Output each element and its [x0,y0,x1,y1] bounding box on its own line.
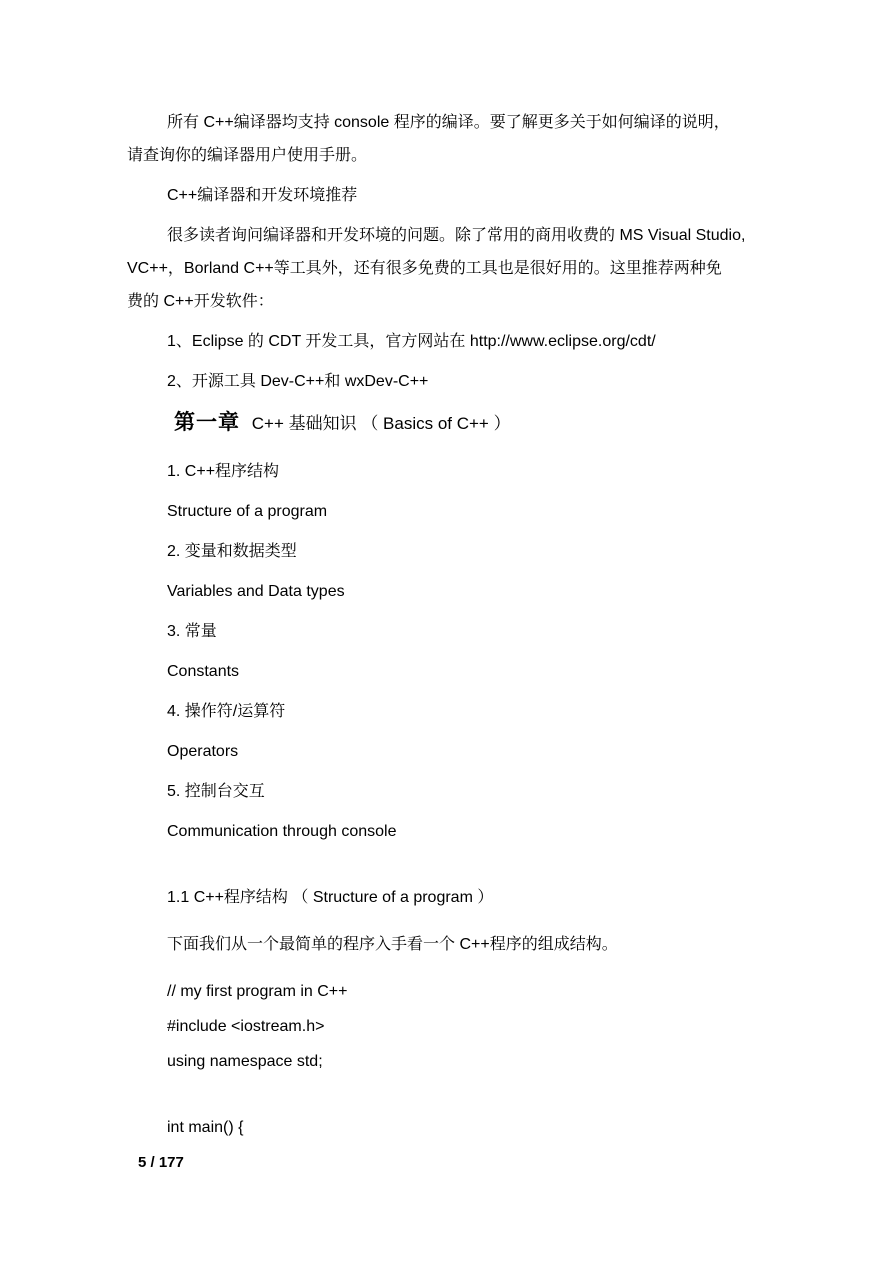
section-title: C++编译器和开发环境推荐 [167,179,767,212]
code-line: int main() { [167,1111,767,1144]
toc-item: 3. 常量 [167,615,767,648]
toc-item: 5. 控制台交互 [167,775,767,808]
code-line: #include <iostream.h> [167,1010,767,1043]
toc-item: 1. C++程序结构 [167,455,767,488]
subsection-title: 1.1 C++程序结构 （ Structure of a program ） [167,881,767,914]
paragraph-line: 费的 C++开发软件： [127,285,767,318]
page-number: 5 / 177 [138,1146,767,1179]
toc-item: Variables and Data types [167,575,767,608]
paragraph-line: 很多读者询问编译器和开发环境的问题。除了常用的商用收费的 MS Visual S… [167,219,767,252]
toc-item: Structure of a program [167,495,767,528]
code-line: using namespace std; [167,1045,767,1078]
toc-item: 2. 变量和数据类型 [167,535,767,568]
list-item: 2、开源工具 Dev-C++和 wxDev-C++ [167,365,767,398]
paragraph-line: 下面我们从一个最简单的程序入手看一个 C++程序的组成结构。 [167,928,767,961]
document-page: 所有 C++编译器均支持 console 程序的编译。要了解更多关于如何编译的说… [0,0,892,1262]
paragraph-line: VC++，Borland C++等工具外，还有很多免费的工具也是很好用的。这里推… [127,252,767,285]
code-line: // my first program in C++ [167,975,767,1008]
toc-item: Communication through console [167,815,767,848]
paragraph-line: 所有 C++编译器均支持 console 程序的编译。要了解更多关于如何编译的说… [167,106,767,139]
chapter-heading: 第一章 C++ 基础知识 （ Basics of C++ ） [174,405,767,442]
toc-item: Operators [167,735,767,768]
list-item: 1、Eclipse 的 CDT 开发工具，官方网站在 http://www.ec… [167,325,767,358]
chapter-title: C++ 基础知识 （ Basics of C++ ） [252,414,511,433]
toc-item: Constants [167,655,767,688]
toc-item: 4. 操作符/运算符 [167,695,767,728]
paragraph-line: 请查询你的编译器用户使用手册。 [127,139,767,172]
chapter-number: 第一章 [174,411,240,434]
